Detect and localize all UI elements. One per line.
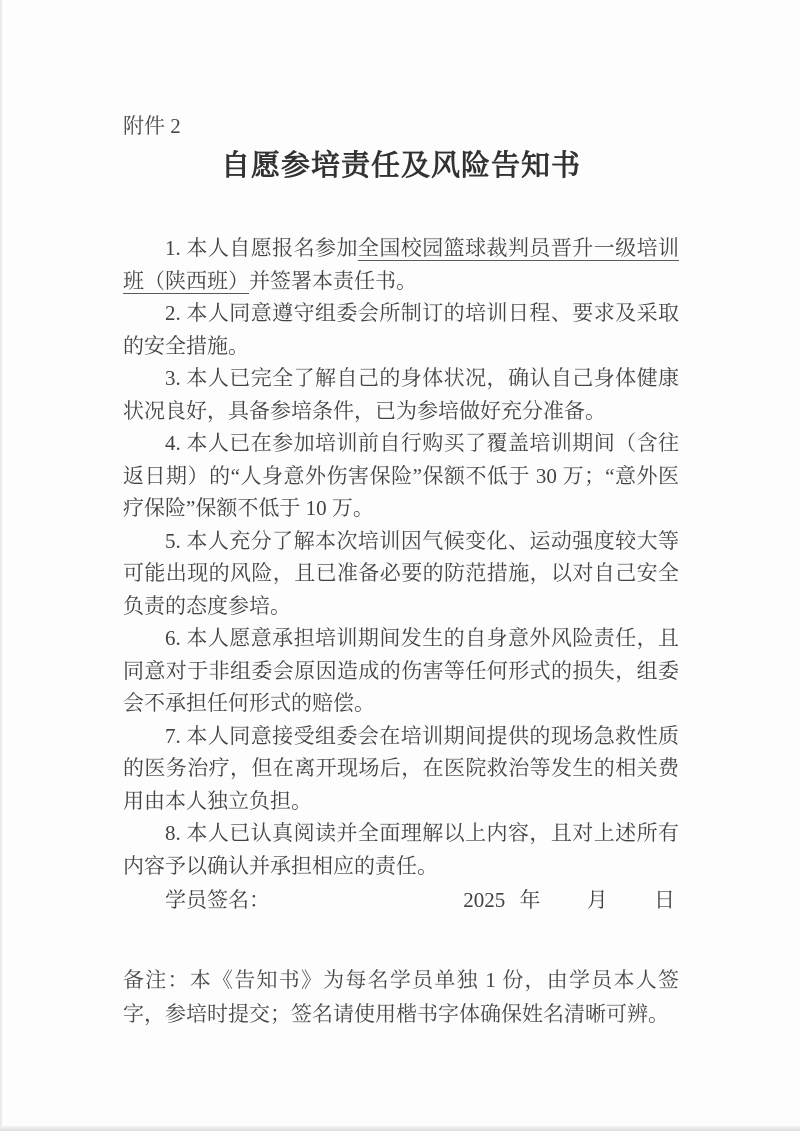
note-text: 备注：本《告知书》为每名学员单独 1 份，由学员本人签字，参培时提交；签名请使用… [123,963,679,1031]
paragraph-8: 8. 本人已认真阅读并全面理解以上内容，且对上述所有内容予以确认并承担相应的责任… [123,817,679,882]
paragraph-2: 2. 本人同意遵守组委会所制订的培训日程、要求及采取的安全措施。 [123,297,679,362]
signature-year: 2025 [463,888,505,912]
paragraph-3: 3. 本人已完全了解自己的身体状况，确认自己身体健康状况良好，具备参培条件，已为… [123,362,679,427]
document-body: 1. 本人自愿报名参加全国校园篮球裁判员晋升一级培训班（陕西班）并签署本责任书。… [123,232,679,1031]
signature-date: 2025 年 月 日 [463,884,675,917]
signature-label: 学员签名： [123,884,270,917]
signature-day-label: 日 [654,888,675,912]
paragraph-1: 1. 本人自愿报名参加全国校园篮球裁判员晋升一级培训班（陕西班）并签署本责任书。 [123,232,679,297]
signature-row: 学员签名： 2025 年 月 日 [123,884,679,917]
paragraph-6: 6. 本人愿意承担培训期间发生的自身意外风险责任，且同意对于非组委会原因造成的伤… [123,622,679,720]
document-title: 自愿参培责任及风险告知书 [123,147,679,185]
attachment-label: 附件 2 [123,114,679,138]
document-content: 附件 2 自愿参培责任及风险告知书 1. 本人自愿报名参加全国校园篮球裁判员晋升… [123,0,679,1031]
signature-month-label: 月 [587,888,608,912]
paragraph-5: 5. 本人充分了解本次培训因气候变化、运动强度较大等可能出现的风险，且已准备必要… [123,525,679,623]
paragraph-1-prefix: 1. 本人自愿报名参加 [165,236,358,260]
signature-year-label: 年 [520,888,541,912]
paragraph-7: 7. 本人同意接受组委会在培训期间提供的现场急救性质的医务治疗，但在离开现场后，… [123,720,679,818]
paragraph-1-suffix: 并签署本责任书。 [249,269,417,293]
document-page: 附件 2 自愿参培责任及风险告知书 1. 本人自愿报名参加全国校园篮球裁判员晋升… [0,0,800,1131]
paragraph-4: 4. 本人已在参加培训前自行购买了覆盖培训期间（含往返日期）的“人身意外伤害保险… [123,427,679,525]
